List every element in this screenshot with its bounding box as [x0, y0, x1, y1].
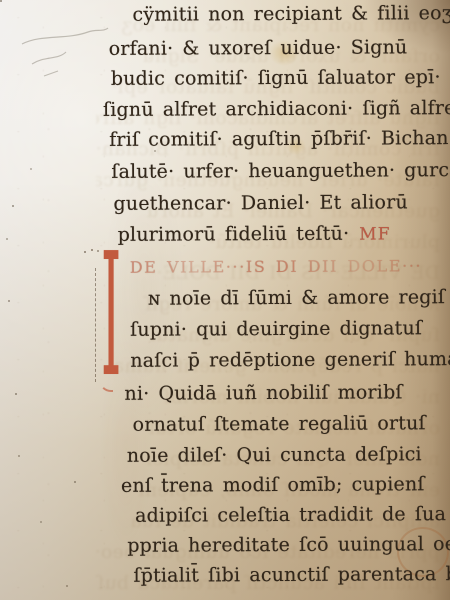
text-line: ſignū alfret archidiaconi· ſigñ alfrett: [103, 94, 450, 124]
text-line: ſupni· qui deuirgine dignatuſ: [104, 314, 422, 344]
text-line: ornatuſ ſtemate regaliū ortuſ: [105, 409, 426, 439]
text-line: orfani· & uxoreſ uidue· Signū: [103, 33, 408, 63]
ink-specks: [0, 0, 2, 2]
text-line: plurimorū fideliū teſtū·MF: [104, 219, 391, 250]
text-line: ſalutē· urfer· heuanguethen· gurcar: [103, 156, 450, 186]
text-line: cÿmitii non recipiant & filii eoʒ: [102, 0, 450, 29]
text-line: ɴ noīe dī ſūmi & amore regiſ: [104, 283, 445, 313]
text-line: ppria hereditate ſcō uuingual oeo·: [105, 530, 450, 560]
text-line: adipiſci celeſtia tradidit de ſua: [105, 500, 446, 530]
text-line: budic comitiſ· ſignū ſaluator epī·: [103, 63, 441, 93]
rubric-line: DE VILLE···IS DI DII DOLE···: [104, 252, 422, 282]
text-line: ſp̄tialit̄ ſibi acunctiſ parentaca buſ: [105, 560, 450, 590]
text-line: guethencar· Daniel· Et aliorū: [103, 188, 408, 218]
text-line: enſ t̄rena modiſ omīb; cupienſ: [105, 470, 425, 500]
rubric-mark: MF: [359, 224, 390, 244]
manuscript-page-photo: cÿmitii non recipiant & filii eoʒorfani·…: [0, 0, 450, 600]
text-line: ni· Quidā iuñ nobiliſ moribſ: [104, 378, 402, 408]
text-line: noīe dileſ· Qui cuncta deſpici: [105, 440, 422, 470]
margin-dots: [84, 251, 86, 253]
initial-guide-letters: [95, 268, 96, 382]
text-line: friſ comitiſ· aguſtin p̄ſbr̄iſ· Bichan·: [103, 124, 450, 154]
text-line: naſci p̄ redēptione generiſ huma: [104, 345, 450, 375]
text-block: cÿmitii non recipiant & filii eoʒ orfani…: [102, 0, 450, 600]
